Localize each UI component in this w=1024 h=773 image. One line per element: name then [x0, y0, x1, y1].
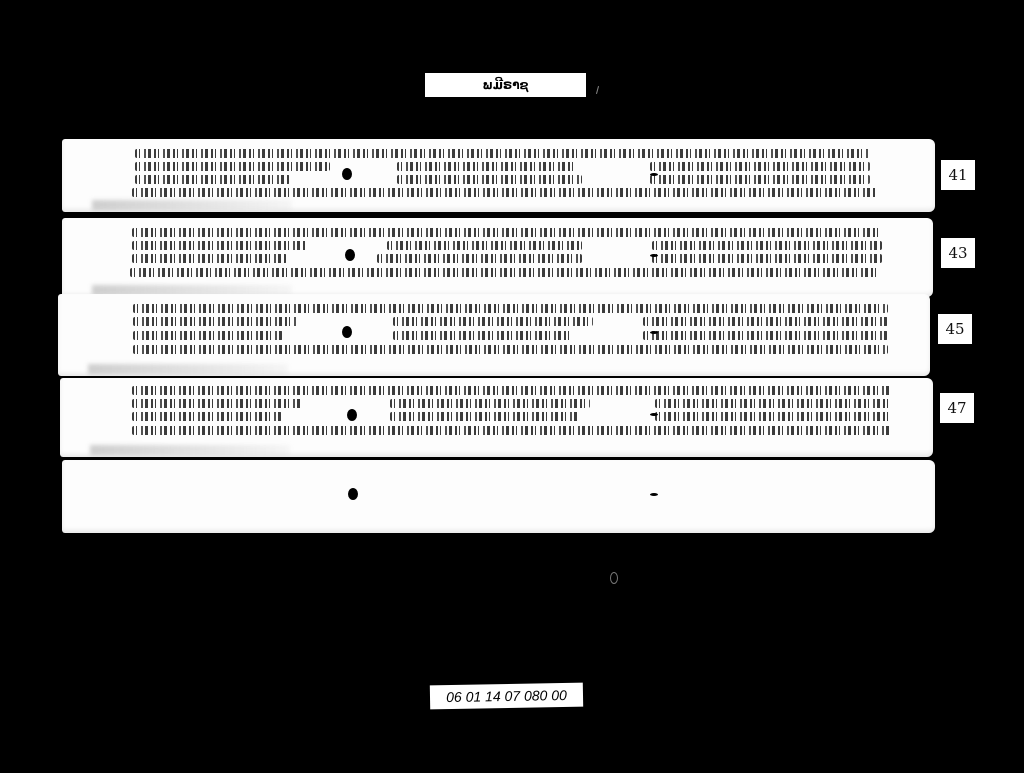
script-line — [652, 254, 882, 263]
script-line — [652, 241, 882, 250]
script-line — [133, 331, 283, 340]
leaf-stain — [88, 364, 288, 374]
leaf-stain — [92, 200, 292, 210]
script-line — [393, 331, 573, 340]
binding-hole — [650, 331, 658, 334]
scan-artifact — [596, 86, 599, 94]
palm-leaf-blank — [62, 460, 935, 533]
binding-hole — [650, 413, 658, 416]
script-line — [397, 175, 582, 184]
scan-artifact — [610, 572, 618, 584]
catalog-number-label: 06 01 14 07 080 00 — [430, 683, 583, 710]
script-line — [132, 412, 282, 421]
binding-hole — [348, 488, 358, 500]
binding-hole — [650, 493, 658, 496]
script-line — [655, 412, 890, 421]
binding-hole — [650, 254, 658, 257]
script-line — [133, 345, 888, 354]
binding-hole — [345, 249, 355, 261]
script-line — [132, 188, 877, 197]
script-line — [132, 254, 287, 263]
leaf-stain — [90, 445, 290, 455]
script-line — [135, 175, 290, 184]
script-line — [390, 412, 580, 421]
script-line — [397, 162, 577, 171]
script-line — [130, 268, 880, 277]
leaf-number-label: 47 — [940, 393, 974, 423]
script-line — [132, 399, 302, 408]
binding-hole — [650, 173, 658, 176]
manuscript-title-label: ພມີຣາຊ — [425, 73, 586, 97]
script-line — [135, 149, 870, 158]
leaf-number-label: 45 — [938, 314, 972, 344]
script-line — [390, 399, 590, 408]
binding-hole — [342, 326, 352, 338]
script-line — [133, 304, 888, 313]
palm-leaf-43 — [62, 218, 933, 297]
leaf-number-label: 41 — [941, 160, 975, 190]
palm-leaf-47 — [60, 378, 933, 457]
binding-hole — [347, 409, 357, 421]
palm-leaf-45 — [58, 294, 930, 376]
script-line — [133, 317, 298, 326]
script-line — [132, 228, 882, 237]
script-line — [650, 162, 870, 171]
leaf-number-label: 43 — [941, 238, 975, 268]
script-line — [132, 426, 892, 435]
script-line — [387, 241, 582, 250]
script-line — [377, 254, 582, 263]
script-line — [643, 317, 888, 326]
script-line — [135, 162, 330, 171]
script-line — [132, 386, 892, 395]
script-line — [643, 331, 888, 340]
script-line — [650, 175, 870, 184]
script-line — [655, 399, 890, 408]
script-line — [393, 317, 593, 326]
binding-hole — [342, 168, 352, 180]
script-line — [132, 241, 307, 250]
palm-leaf-41 — [62, 139, 935, 212]
